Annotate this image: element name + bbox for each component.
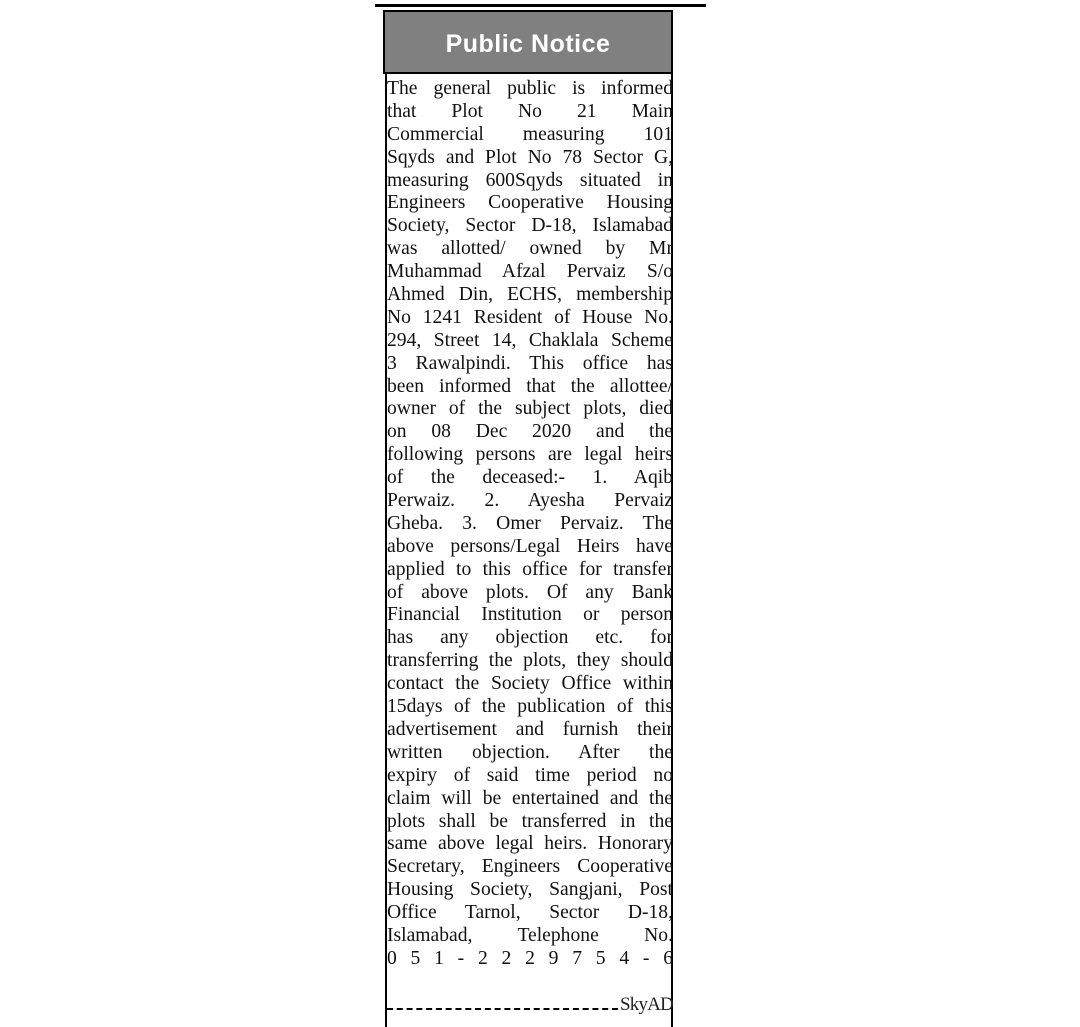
text-line: 3 Rawalpindi. This office has (387, 353, 673, 376)
text-line: following persons are legal heirs (387, 444, 673, 467)
text-line: transferring the plots, they should (387, 650, 673, 673)
notice-column: The general public is informed that Plot… (385, 73, 673, 1027)
text-line: advertisement and furnish their (387, 719, 673, 742)
text-line: plots shall be transferred in the (387, 811, 673, 834)
text-line: owner of the subject plots, died (387, 398, 673, 421)
text-line: of above plots. Of any Bank (387, 582, 673, 605)
text-line: Financial Institution or person (387, 604, 673, 627)
notice-body: The general public is informed that Plot… (387, 78, 673, 971)
text-line: 15days of the publication of this (387, 696, 673, 719)
text-line: Commercial measuring 101 (387, 124, 673, 147)
signature-line: SkyAD (387, 992, 673, 1016)
text-line: measuring 600Sqyds situated in (387, 170, 673, 193)
text-line: been informed that the allottee/ (387, 376, 673, 399)
text-line: 294, Street 14, Chaklala Scheme (387, 330, 673, 353)
text-line: 0 5 1 - 2 2 2 9 7 5 4 - 6 (387, 948, 673, 971)
dashed-rule (387, 1008, 618, 1010)
text-line: Gheba. 3. Omer Pervaiz. The (387, 513, 673, 536)
top-rule (375, 4, 706, 7)
text-line: on 08 Dec 2020 and the (387, 421, 673, 444)
text-line: Muhammad Afzal Pervaiz S/o (387, 261, 673, 284)
text-line: above persons/Legal Heirs have (387, 536, 673, 559)
text-line: was allotted/ owned by Mr (387, 238, 673, 261)
text-line: Ahmed Din, ECHS, membership (387, 284, 673, 307)
text-line: Office Tarnol, Sector D-18, (387, 902, 673, 925)
text-line: Perwaiz. 2. Ayesha Pervaiz (387, 490, 673, 513)
text-line: No 1241 Resident of House No. (387, 307, 673, 330)
text-line: Islamabad, Telephone No. (387, 925, 673, 948)
text-line: Engineers Cooperative Housing (387, 192, 673, 215)
text-line: The general public is informed (387, 78, 673, 101)
text-line: applied to this office for transfer (387, 559, 673, 582)
text-line: that Plot No 21 Main (387, 101, 673, 124)
notice-title: Public Notice (446, 30, 611, 59)
text-line: same above legal heirs. Honorary (387, 833, 673, 856)
notice-header: Public Notice (383, 10, 673, 74)
signature: SkyAD (620, 994, 673, 1016)
text-line: Secretary, Engineers Cooperative (387, 856, 673, 879)
text-line: contact the Society Office within (387, 673, 673, 696)
text-line: claim will be entertained and the (387, 788, 673, 811)
text-line: Sqyds and Plot No 78 Sector G, (387, 147, 673, 170)
text-line: of the deceased:- 1. Aqib (387, 467, 673, 490)
text-line: Housing Society, Sangjani, Post (387, 879, 673, 902)
text-line: has any objection etc. for (387, 627, 673, 650)
text-line: Society, Sector D-18, Islamabad (387, 215, 673, 238)
text-line: written objection. After the (387, 742, 673, 765)
text-line: expiry of said time period no (387, 765, 673, 788)
